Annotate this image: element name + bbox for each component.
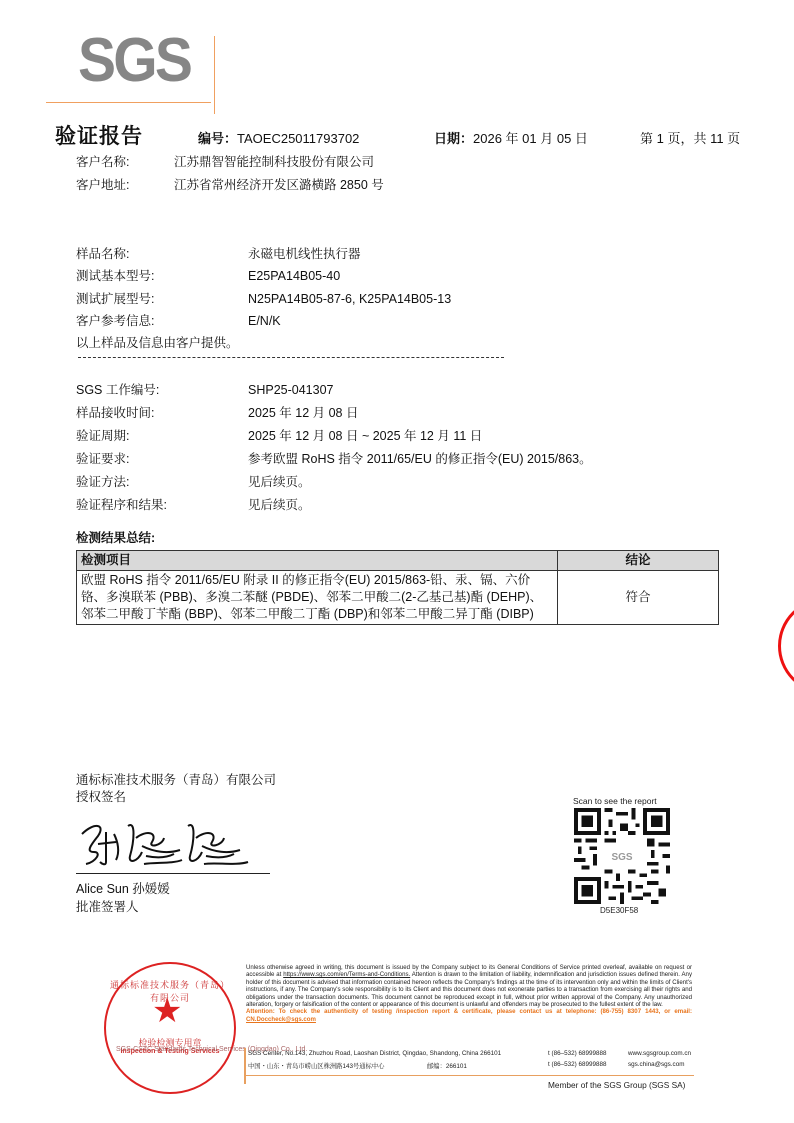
website-link[interactable]: www.sgsgroup.com.cn (628, 1050, 691, 1057)
address-english: SGS Center, No.143, Zhuzhou Road, Laosha… (248, 1050, 501, 1057)
signer-block: Alice Sun 孙媛媛 批准签署人 (76, 880, 170, 916)
qr-code[interactable]: SGS (574, 808, 670, 904)
sgs-logo-text: SGS (78, 30, 190, 92)
phone-2: t (86–532) 68999888 (548, 1061, 606, 1068)
legal-disclaimer: Unless otherwise agreed in writing, this… (246, 964, 692, 1023)
base-model-label: 测试基本型号: (76, 268, 154, 284)
test-item-cell: 欧盟 RoHS 指令 2011/65/EU 附录 II 的修正指令(EU) 20… (77, 571, 558, 625)
base-model-value: E25PA14B05-40 (248, 268, 340, 284)
report-number: 编号：TAOEC25011793702 (198, 128, 359, 147)
handwritten-signature (76, 812, 256, 872)
report-number-label: 编号： (198, 131, 237, 146)
report-date-value: 2026 年 01 月 05 日 (473, 131, 588, 146)
report-date-label: 日期： (434, 131, 473, 146)
customer-address-label: 客户地址: (76, 177, 129, 193)
dashed-divider (78, 357, 504, 358)
signer-name: Alice Sun 孙媛媛 (76, 880, 170, 898)
authenticity-notice-text: Attention: To check the authenticity of … (246, 1008, 692, 1015)
logo-accent-hline (46, 102, 211, 103)
method-value: 见后续页。 (248, 474, 311, 490)
postcode: 邮编：266101 (427, 1061, 467, 1070)
extended-model-value: N25PA14B05-87-6, K25PA14B05-13 (248, 291, 451, 307)
star-icon: ★ (152, 994, 182, 1028)
sample-note: 以上样品及信息由客户提供。 (76, 335, 239, 351)
column-header-conclusion: 结论 (558, 551, 719, 571)
customer-name-value: 江苏鼎智智能控制科技股份有限公司 (174, 154, 374, 170)
issuing-company: 通标标准技术服务（青岛）有限公司 授权签名 (76, 772, 276, 806)
verification-period-value: 2025 年 12 月 08 日 ~ 2025 年 12 月 11 日 (248, 428, 482, 444)
procedure-label: 验证程序和结果: (76, 497, 167, 513)
table-row: 欧盟 RoHS 指令 2011/65/EU 附录 II 的修正指令(EU) 20… (77, 571, 719, 625)
extended-model-label: 测试扩展型号: (76, 291, 154, 307)
sample-name-label: 样品名称: (76, 246, 129, 262)
report-title: 验证报告 (55, 120, 143, 150)
issuing-company-name: 通标标准技术服务（青岛）有限公司 (76, 772, 276, 789)
logo-accent-vline (214, 36, 215, 114)
procedure-value: 见后续页。 (248, 497, 311, 513)
footer-divider (244, 1075, 694, 1076)
customer-name-label: 客户名称: (76, 154, 129, 170)
member-statement: Member of the SGS Group (SGS SA) (548, 1080, 685, 1090)
doccheck-email-link[interactable]: CN.Doccheck@sgs.com (246, 1016, 316, 1023)
qr-center-logo: SGS (611, 852, 632, 863)
page-indicator: 第 1 页，共 11 页 (640, 128, 740, 147)
conclusion-cell: 符合 (558, 571, 719, 625)
job-number-label: SGS 工作编号: (76, 382, 159, 398)
authenticity-notice: Attention: To check the authenticity of … (246, 1008, 692, 1022)
method-label: 验证方法: (76, 474, 129, 490)
receipt-date-value: 2025 年 12 月 08 日 (248, 405, 358, 421)
authorized-signature-label: 授权签名 (76, 789, 276, 806)
inspection-seal: 通标标准技术服务（青岛）有限公司 ★ 检验检测专用章 Inspection & … (104, 962, 236, 1094)
qr-verification-code: D5E30F58 (600, 906, 638, 915)
address-accent-bar (244, 1048, 246, 1084)
customer-ref-value: E/N/K (248, 313, 281, 329)
results-header-row: 检测项目 结论 (77, 551, 719, 571)
results-table: 检测项目 结论 欧盟 RoHS 指令 2011/65/EU 附录 II 的修正指… (76, 550, 719, 625)
phone-1: t (86–532) 68999888 (548, 1050, 606, 1057)
job-number-value: SHP25-041307 (248, 382, 333, 398)
requirement-value: 参考欧盟 RoHS 指令 2011/65/EU 的修正指令(EU) 2015/8… (248, 451, 592, 467)
report-number-value: TAOEC25011793702 (237, 131, 359, 146)
customer-ref-label: 客户参考信息: (76, 313, 154, 329)
email-link[interactable]: sgs.china@sgs.com (628, 1061, 684, 1068)
requirement-label: 验证要求: (76, 451, 129, 467)
signature-line (76, 873, 270, 874)
column-header-item: 检测项目 (77, 551, 558, 571)
official-seal-partial (778, 598, 794, 694)
terms-link[interactable]: https://www.sgs.com/en/Terms-and-Conditi… (283, 971, 410, 978)
summary-title: 检测结果总结: (76, 528, 155, 546)
verification-period-label: 验证周期: (76, 428, 129, 444)
receipt-date-label: 样品接收时间: (76, 405, 154, 421)
customer-address-value: 江苏省常州经济开发区潞横路 2850 号 (174, 177, 384, 193)
address-chinese: 中国・山东・青岛市崂山区株洲路143号通标中心 (248, 1061, 384, 1070)
sgs-logo: SGS (76, 18, 216, 98)
qr-caption: Scan to see the report (573, 796, 657, 806)
signer-role: 批准签署人 (76, 898, 170, 916)
report-date: 日期：2026 年 01 月 05 日 (434, 128, 588, 147)
sample-name-value: 永磁电机线性执行器 (248, 246, 361, 262)
